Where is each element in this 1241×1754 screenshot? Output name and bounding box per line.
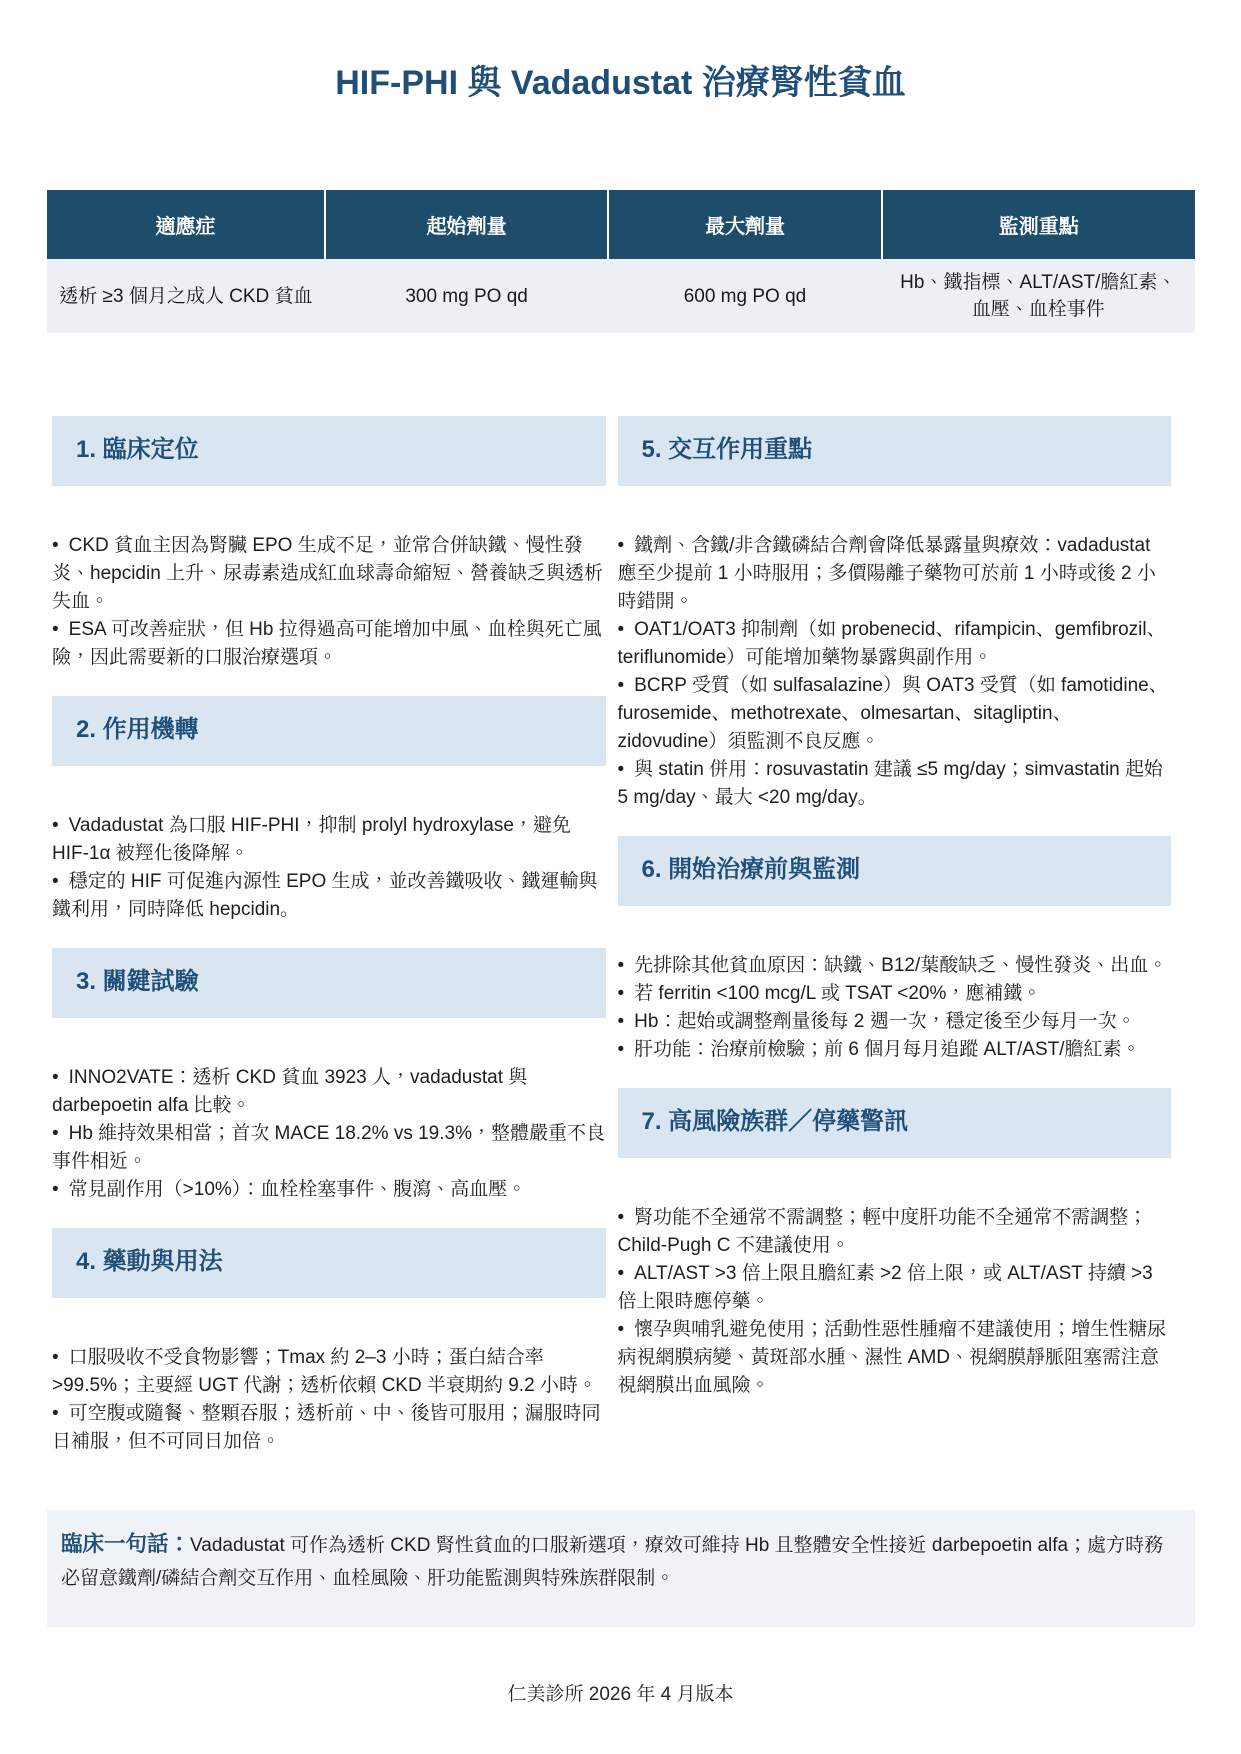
summary-text: Vadadustat 可作為透析 CKD 腎性貧血的口服新選項，療效可維持 Hb… — [61, 1535, 1163, 1589]
section-bullet-list: 鐵劑、含鐵/非含鐵磷結合劑會降低暴露量與療效：vadadustat 應至少提前 … — [618, 532, 1172, 812]
bullet-item: 若 ferritin <100 mcg/L 或 TSAT <20%，應補鐵。 — [618, 980, 1172, 1008]
section-header: 4. 藥動與用法 — [52, 1228, 606, 1298]
document-page: { "page_title": "HIF-PHI 與 Vadadustat 治療… — [0, 0, 1241, 1754]
bullet-item: OAT1/OAT3 抑制劑（如 probenecid、rifampicin、ge… — [618, 616, 1172, 672]
table-header-max-dose: 最大劑量 — [608, 190, 881, 259]
section-bullet-list: CKD 貧血主因為腎臟 EPO 生成不足，並常合併缺鐵、慢性發炎、hepcidi… — [52, 532, 606, 672]
bullet-item: 腎功能不全通常不需調整；輕中度肝功能不全通常不需調整；Child-Pugh C … — [618, 1204, 1172, 1260]
bullet-item: 懷孕與哺乳避免使用；活動性惡性腫瘤不建議使用；增生性糖尿病視網膜病變、黃斑部水腫… — [618, 1316, 1172, 1400]
table-cell-indication: 透析 ≥3 個月之成人 CKD 貧血 — [47, 259, 325, 333]
bullet-item: INNO2VATE：透析 CKD 貧血 3923 人，vadadustat 與 … — [52, 1064, 606, 1120]
left-column: 1. 臨床定位 CKD 貧血主因為腎臟 EPO 生成不足，並常合併缺鐵、慢性發炎… — [52, 416, 606, 1480]
table-cell-starting-dose: 300 mg PO qd — [325, 259, 609, 333]
drug-info-table: 適應症 起始劑量 最大劑量 監測重點 透析 ≥3 個月之成人 CKD 貧血 30… — [47, 190, 1195, 333]
bullet-item: 鐵劑、含鐵/非含鐵磷結合劑會降低暴露量與療效：vadadustat 應至少提前 … — [618, 532, 1172, 616]
bullet-item: 可空腹或隨餐、整顆吞服；透析前、中、後皆可服用；漏服時同日補服，但不可同日加倍。 — [52, 1400, 606, 1456]
right-column: 5. 交互作用重點 鐵劑、含鐵/非含鐵磷結合劑會降低暴露量與療效：vadadus… — [618, 416, 1172, 1480]
bullet-item: 與 statin 併用：rosuvastatin 建議 ≤5 mg/day；si… — [618, 756, 1172, 812]
bullet-item: Hb 維持效果相當；首次 MACE 18.2% vs 19.3%，整體嚴重不良事… — [52, 1120, 606, 1176]
section-drug-interactions: 5. 交互作用重點 鐵劑、含鐵/非含鐵磷結合劑會降低暴露量與療效：vadadus… — [618, 416, 1172, 812]
section-header: 1. 臨床定位 — [52, 416, 606, 486]
section-pk-and-dosing: 4. 藥動與用法 口服吸收不受食物影響；Tmax 約 2–3 小時；蛋白結合率 … — [52, 1228, 606, 1456]
bullet-item: 常見副作用（>10%）：血栓栓塞事件、腹瀉、高血壓。 — [52, 1176, 606, 1204]
section-header: 3. 關鍵試驗 — [52, 948, 606, 1018]
table-cell-monitoring: Hb、鐵指標、ALT/AST/膽紅素、血壓、血栓事件 — [882, 259, 1195, 333]
table-header-monitoring: 監測重點 — [882, 190, 1195, 259]
drug-table-header-row: 適應症 起始劑量 最大劑量 監測重點 — [47, 190, 1195, 259]
table-header-indication: 適應症 — [47, 190, 325, 259]
section-header: 5. 交互作用重點 — [618, 416, 1172, 486]
footer-note: 仁美診所 2026 年 4 月版本 — [0, 1679, 1241, 1706]
bullet-item: CKD 貧血主因為腎臟 EPO 生成不足，並常合併缺鐵、慢性發炎、hepcidi… — [52, 532, 606, 616]
section-bullet-list: INNO2VATE：透析 CKD 貧血 3923 人，vadadustat 與 … — [52, 1064, 606, 1204]
section-bullet-list: 腎功能不全通常不需調整；輕中度肝功能不全通常不需調整；Child-Pugh C … — [618, 1204, 1172, 1400]
bullet-item: 穩定的 HIF 可促進內源性 EPO 生成，並改善鐵吸收、鐵運輸與鐵利用，同時降… — [52, 868, 606, 924]
table-row: 透析 ≥3 個月之成人 CKD 貧血 300 mg PO qd 600 mg P… — [47, 259, 1195, 333]
table-cell-max-dose: 600 mg PO qd — [608, 259, 881, 333]
bullet-item: BCRP 受質（如 sulfasalazine）與 OAT3 受質（如 famo… — [618, 672, 1172, 756]
section-header: 7. 高風險族群／停藥警訊 — [618, 1088, 1172, 1158]
summary-label: 臨床一句話： — [61, 1532, 190, 1556]
section-high-risk-groups: 7. 高風險族群／停藥警訊 腎功能不全通常不需調整；輕中度肝功能不全通常不需調整… — [618, 1088, 1172, 1400]
section-bullet-list: Vadadustat 為口服 HIF-PHI，抑制 prolyl hydroxy… — [52, 812, 606, 924]
summary-box: 臨床一句話：Vadadustat 可作為透析 CKD 腎性貧血的口服新選項，療效… — [47, 1510, 1195, 1627]
bullet-item: Hb：起始或調整劑量後每 2 週一次，穩定後至少每月一次。 — [618, 1008, 1172, 1036]
section-pretreatment-monitoring: 6. 開始治療前與監測 先排除其他貧血原因：缺鐵、B12/葉酸缺乏、慢性發炎、出… — [618, 836, 1172, 1064]
bullet-item: 肝功能：治療前檢驗；前 6 個月每月追蹤 ALT/AST/膽紅素。 — [618, 1036, 1172, 1064]
bullet-item: Vadadustat 為口服 HIF-PHI，抑制 prolyl hydroxy… — [52, 812, 606, 868]
drug-table-body: 透析 ≥3 個月之成人 CKD 貧血 300 mg PO qd 600 mg P… — [47, 259, 1195, 333]
page-title: HIF-PHI 與 Vadadustat 治療腎性貧血 — [46, 60, 1195, 106]
section-header: 6. 開始治療前與監測 — [618, 836, 1172, 906]
bullet-item: ALT/AST >3 倍上限且膽紅素 >2 倍上限，或 ALT/AST 持續 >… — [618, 1260, 1172, 1316]
table-header-starting-dose: 起始劑量 — [325, 190, 609, 259]
bullet-item: 先排除其他貧血原因：缺鐵、B12/葉酸缺乏、慢性發炎、出血。 — [618, 952, 1172, 980]
section-bullet-list: 先排除其他貧血原因：缺鐵、B12/葉酸缺乏、慢性發炎、出血。 若 ferriti… — [618, 952, 1172, 1064]
section-key-trials: 3. 關鍵試驗 INNO2VATE：透析 CKD 貧血 3923 人，vadad… — [52, 948, 606, 1204]
section-bullet-list: 口服吸收不受食物影響；Tmax 約 2–3 小時；蛋白結合率 >99.5%；主要… — [52, 1344, 606, 1456]
bullet-item: ESA 可改善症狀，但 Hb 拉得過高可能增加中風、血栓與死亡風險，因此需要新的… — [52, 616, 606, 672]
section-clinical-positioning: 1. 臨床定位 CKD 貧血主因為腎臟 EPO 生成不足，並常合併缺鐵、慢性發炎… — [52, 416, 606, 672]
sections-columns: 1. 臨床定位 CKD 貧血主因為腎臟 EPO 生成不足，並常合併缺鐵、慢性發炎… — [52, 416, 1171, 1480]
bullet-item: 口服吸收不受食物影響；Tmax 約 2–3 小時；蛋白結合率 >99.5%；主要… — [52, 1344, 606, 1400]
section-mechanism-of-action: 2. 作用機轉 Vadadustat 為口服 HIF-PHI，抑制 prolyl… — [52, 696, 606, 924]
section-header: 2. 作用機轉 — [52, 696, 606, 766]
